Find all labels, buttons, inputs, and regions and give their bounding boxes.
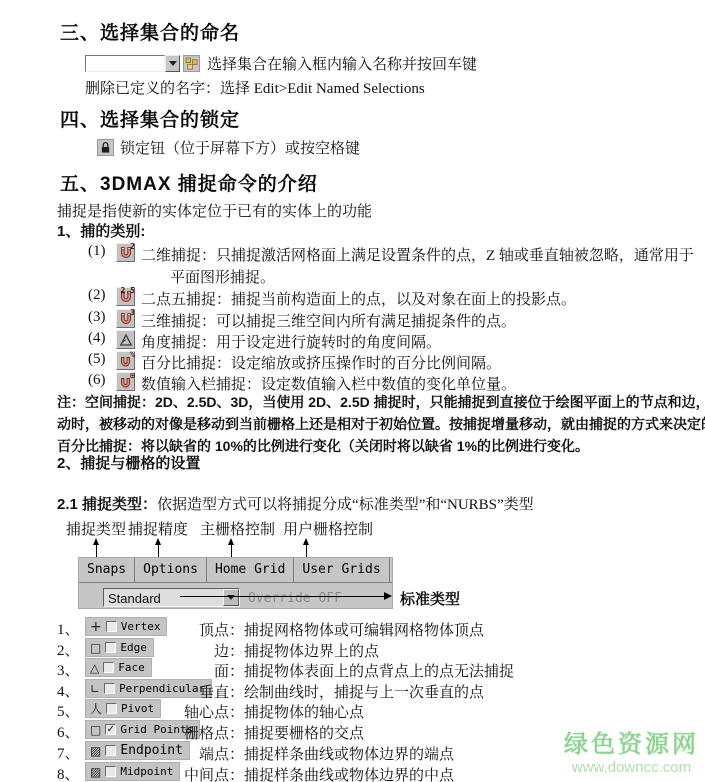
selection-name-row: 选择集合在输入框内输入名称并按回车键	[85, 53, 477, 74]
grid-points-checkbox[interactable]	[105, 724, 116, 735]
endpoint-icon: ▨	[90, 745, 101, 757]
opt-desc-row: 轴心点：捕捉物体的轴心点	[178, 701, 364, 722]
perpendicular-checkbox[interactable]	[104, 683, 115, 694]
combo-dropdown-button[interactable]	[165, 55, 180, 72]
snap-item-text: 三维捕捉：可以捕捉三维空间内所有满足捕捉条件的点。	[141, 310, 516, 331]
chevron-down-icon	[169, 61, 177, 70]
document-page: 三、选择集合的命名 选择集合在输入框内输入名称并按回车键 删除已定义的名字：选择…	[0, 0, 705, 782]
angle-snap-icon[interactable]	[116, 330, 135, 349]
edge-checkbox[interactable]	[105, 642, 116, 653]
selection-name-input[interactable]	[85, 55, 165, 72]
opt-widget-face[interactable]: △ Face	[85, 658, 152, 677]
opt-desc: 捕捉要栅格的交点	[244, 726, 364, 742]
section-3-heading: 三、选择集合的命名	[60, 18, 240, 45]
selection-name-combobox[interactable]	[85, 55, 180, 72]
section-4-heading: 四、选择集合的锁定	[60, 105, 240, 132]
tab-bar: Snaps Options Home Grid User Grids	[79, 558, 392, 583]
override-label: Override OFF	[248, 591, 342, 606]
snap-type-lead: 2.1 捕捉类型：依据造型方式可以将捕捉分成“标准类型”和“NURBS”类型	[57, 493, 534, 514]
opt-desc-row: 端点：捕捉样条曲线或物体边界的端点	[178, 743, 454, 764]
opt-term: 端点：	[178, 743, 244, 764]
pivot-checkbox[interactable]	[106, 703, 117, 714]
opt-widget-midpoint[interactable]: ▨ Midpoint	[85, 762, 180, 781]
opt-number: 3、	[57, 659, 80, 680]
opt-label: Vertex	[121, 620, 161, 633]
snap-type-dropdown[interactable]: Standard	[103, 588, 240, 607]
snap-item-number: (2)	[88, 287, 106, 304]
section-5-heading: 五、3DMAX 捕捉命令的介绍	[60, 169, 318, 196]
snap-type-dropdown-value: Standard	[104, 589, 223, 606]
padlock-glyph	[100, 141, 111, 154]
tab-home-grid[interactable]: Home Grid	[207, 558, 294, 582]
opt-desc: 捕捉物体表面上的点背点上的点无法捕捉	[244, 664, 514, 680]
opt-term: 轴心点：	[178, 701, 244, 722]
snap-item-text: 角度捕捉：用于设定进行旋转时的角度间隔。	[141, 331, 441, 352]
opt-term: 中间点：	[178, 764, 244, 782]
snap-list-heading: 1、捕的类别:	[57, 220, 145, 241]
opt-label: Edge	[120, 641, 147, 654]
callout-home-grid: 主栅格控制	[200, 518, 275, 539]
opt-number: 1、	[57, 618, 80, 639]
opt-desc: 捕捉网格物体或可编辑网格物体顶点	[244, 623, 484, 639]
opt-term: 垂直：	[178, 681, 244, 702]
callout-arrow	[96, 541, 97, 558]
snap-item-number: (3)	[88, 309, 106, 326]
percent-snap-icon[interactable]: %	[116, 351, 135, 370]
callout-arrow	[306, 541, 307, 558]
opt-desc: 绘制曲线时，捕捉与上一次垂直的点	[244, 685, 484, 701]
opt-desc: 捕捉样条曲线或物体边界的端点	[244, 747, 454, 763]
opt-number: 6、	[57, 721, 80, 742]
opt-desc-row: 栅格点：捕捉要栅格的交点	[178, 722, 364, 743]
watermark-site-url: www.downcc.com	[564, 759, 699, 776]
snap-item-number: (1)	[88, 243, 106, 260]
snap-item-text: 百分比捕捉：设定缩放或挤压操作时的百分比例间隔。	[141, 352, 501, 373]
opt-term: 顶点：	[178, 619, 244, 640]
callout-user-grid: 用户栅格控制	[283, 518, 373, 539]
opt-desc-row: 顶点：捕捉网格物体或可编辑网格物体顶点	[178, 619, 484, 640]
opt-desc: 捕捉物体的轴心点	[244, 705, 364, 721]
opt-term: 边：	[178, 640, 244, 661]
snap-item-text: 二维捕捉：只捕捉激活网格面上满足设置条件的点，Z 轴或垂直轴被忽略，通常用于	[141, 244, 694, 265]
opt-label: Face	[118, 661, 145, 674]
selection-sets-glyph	[185, 57, 198, 70]
pivot-icon: 人	[90, 703, 102, 715]
opt-desc-row: 垂直：绘制曲线时，捕捉与上一次垂直的点	[178, 681, 484, 702]
snap-item-number: (4)	[88, 330, 106, 347]
snap-intro: 捕捉是指使新的实体定位于已有的实体上的功能	[57, 200, 372, 221]
endpoint-checkbox[interactable]	[105, 745, 116, 756]
dropdown-button[interactable]	[223, 589, 239, 606]
edge-square-icon: □	[90, 642, 101, 654]
opt-number: 5、	[57, 700, 80, 721]
standard-type-arrow	[180, 596, 388, 597]
lock-row: 锁定钮（位于屏幕下方）或按空格键	[97, 137, 360, 158]
snap-25d-magnet-icon[interactable]: 2.5	[116, 287, 135, 306]
snap-badge: 3	[130, 308, 135, 317]
snap-type-lead-bold: 2.1 捕捉类型：	[57, 496, 157, 513]
standard-type-label: 标准类型	[400, 588, 460, 609]
perpendicular-icon: ∟	[90, 683, 100, 695]
opt-label: Endpoint	[120, 743, 183, 758]
delete-named-selection-line: 删除已定义的名字：选择 Edit>Edit Named Selections	[85, 77, 425, 98]
opt-desc-row: 面：捕捉物体表面上的点背点上的点无法捕捉	[178, 660, 514, 681]
snap-badge: %	[130, 350, 135, 359]
selection-name-hint: 选择集合在输入框内输入名称并按回车键	[207, 53, 477, 74]
callout-arrow	[231, 541, 232, 558]
opt-label: Pivot	[121, 702, 154, 715]
tab-options[interactable]: Options	[135, 558, 207, 582]
lock-hint: 锁定钮（位于屏幕下方）或按空格键	[120, 137, 360, 158]
snap-item-text: 二点五捕捉：捕捉当前构造面上的点，以及对象在面上的投影点。	[141, 288, 576, 309]
lock-icon[interactable]	[97, 139, 114, 156]
midpoint-icon: ▨	[90, 766, 101, 778]
note-line: 注：空间捕捉：2D、2.5D、3D，当使用 2D、2.5D 捕捉时，只能捕捉到直…	[57, 392, 705, 412]
opt-number: 2、	[57, 639, 80, 660]
snap-badge: 2.5	[121, 286, 135, 295]
snap-2d-magnet-icon[interactable]: 2	[116, 243, 135, 262]
opt-number: 8、	[57, 763, 80, 782]
opt-number: 4、	[57, 680, 80, 701]
snap-item-text-cont: 平面图形捕捉。	[170, 266, 275, 287]
midpoint-checkbox[interactable]	[105, 766, 116, 777]
opt-number: 7、	[57, 742, 80, 763]
opt-desc: 捕捉样条曲线或物体边界的中点	[244, 768, 454, 782]
tab-snaps[interactable]: Snaps	[79, 558, 135, 582]
watermark: 绿色资源网 www.downcc.com	[564, 724, 699, 776]
callout-arrow	[158, 541, 159, 558]
vertex-cross-icon: +	[90, 621, 102, 633]
vertex-checkbox[interactable]	[106, 621, 117, 632]
opt-widget-pivot[interactable]: 人 Pivot	[85, 699, 161, 718]
opt-desc-row: 中间点：捕捉样条曲线或物体边界的中点	[178, 764, 454, 782]
opt-widget-endpoint[interactable]: ▨ Endpoint	[85, 741, 190, 760]
note-line: 动时，被移动的对像是移动到当前栅格上还是相对于初始位置。按捕捉增量移动，就由捕捉…	[57, 414, 705, 434]
snap-type-lead-rest: 依据造型方式可以将捕捉分成“标准类型”和“NURBS”类型	[157, 497, 534, 513]
watermark-site-name: 绿色资源网	[564, 724, 699, 759]
grid-points-icon: □	[90, 724, 101, 736]
opt-desc-row: 边：捕捉物体边界上的点	[178, 640, 379, 661]
snap-badge: 2	[130, 242, 135, 251]
opt-desc: 捕捉物体边界上的点	[244, 644, 379, 660]
snap-item-text: 数值输入栏捕捉：设定数值输入栏中数值的变化单位量。	[141, 373, 516, 394]
snap-badge: ⊞	[130, 371, 135, 380]
snap-item-number: (5)	[88, 351, 106, 368]
face-checkbox[interactable]	[103, 662, 114, 673]
opt-term: 栅格点：	[178, 722, 244, 743]
snap-item-number: (6)	[88, 372, 106, 389]
opt-widget-edge[interactable]: □ Edge	[85, 638, 154, 657]
face-triangle-icon: △	[90, 662, 99, 674]
opt-term: 面：	[178, 660, 244, 681]
snap-settings-panel: Snaps Options Home Grid User Grids Stand…	[78, 557, 393, 609]
snap-3d-magnet-icon[interactable]: 3	[116, 309, 135, 328]
opt-widget-vertex[interactable]: + Vertex	[85, 617, 167, 636]
spinner-snap-icon[interactable]: ⊞	[116, 372, 135, 391]
named-selection-sets-icon[interactable]	[183, 55, 200, 72]
opt-label: Midpoint	[120, 765, 173, 778]
tab-user-grids[interactable]: User Grids	[294, 558, 389, 582]
grid-settings-heading: 2、捕捉与栅格的设置	[57, 452, 200, 473]
